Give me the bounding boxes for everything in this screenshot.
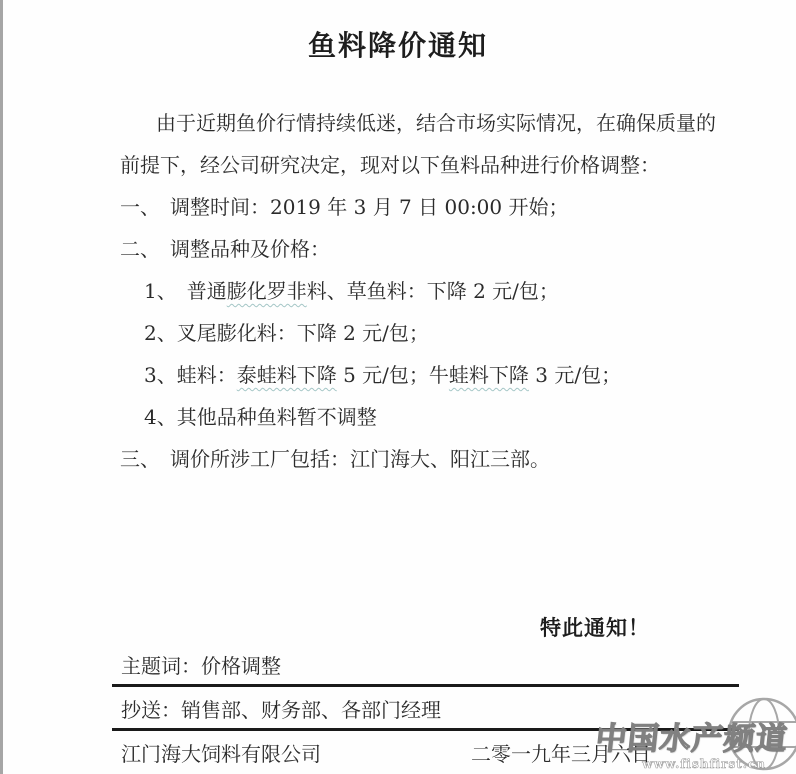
watermark: 中国水产频道 www.fishfirst.cn — [581, 692, 796, 774]
company-name: 江门海大饲料有限公司 — [121, 738, 321, 767]
list-item-3-text: 3、蛙料： — [144, 363, 237, 387]
list-item-1-text-end: 料、草鱼料：下降 2 元/包； — [307, 279, 559, 303]
intro-paragraph-line1: 由于近期鱼价行情持续低迷，结合市场实际情况，在确保质量的 — [120, 102, 720, 144]
list-item-3-text-end: 3 元/包； — [529, 363, 621, 387]
subject-divider-rule — [112, 684, 739, 687]
list-item-1: 1、 普通膨化罗非料、草鱼料：下降 2 元/包； — [120, 270, 720, 312]
section-adjust-time: 一、 调整时间：2019 年 3 月 7 日 00:00 开始； — [120, 186, 720, 228]
list-item-3-spellcheck-text-2: 蛙料下降 — [449, 363, 529, 387]
watermark-url-text: www.fishfirst.cn — [642, 757, 766, 771]
subject-keywords-row: 主题词：价格调整 — [121, 650, 281, 679]
closing-statement: 特此通知！ — [540, 612, 650, 642]
section-factories: 三、 调价所涉工厂包括：江门海大、阳江三部。 — [120, 438, 720, 480]
list-item-2: 2、叉尾膨化料：下降 2 元/包； — [120, 312, 720, 354]
list-item-1-spellcheck-text: 膨化罗非 — [227, 279, 307, 303]
list-item-1-text: 1、 普通 — [144, 279, 227, 303]
scan-edge-shadow — [0, 0, 3, 774]
page-title: 鱼料降价通知 — [0, 24, 796, 64]
list-item-3-spellcheck-text-1: 泰蛙料下降 — [237, 363, 337, 387]
intro-paragraph-line2: 前提下，经公司研究决定，现对以下鱼料品种进行价格调整： — [120, 144, 720, 186]
notice-document: 鱼料降价通知 由于近期鱼价行情持续低迷，结合市场实际情况，在确保质量的 前提下，… — [0, 0, 796, 774]
list-item-3: 3、蛙料：泰蛙料下降 5 元/包；牛蛙料下降 3 元/包； — [120, 354, 720, 396]
list-item-3-text-mid: 5 元/包；牛 — [337, 363, 449, 387]
cc-row: 抄送：销售部、财务部、各部门经理 — [121, 694, 441, 723]
list-item-4: 4、其他品种鱼料暂不调整 — [120, 396, 720, 438]
notice-body: 由于近期鱼价行情持续低迷，结合市场实际情况，在确保质量的 前提下，经公司研究决定… — [120, 102, 720, 480]
watermark-brand-text: 中国水产频道 — [594, 713, 791, 758]
section-adjust-variety: 二、 调整品种及价格： — [120, 228, 720, 270]
